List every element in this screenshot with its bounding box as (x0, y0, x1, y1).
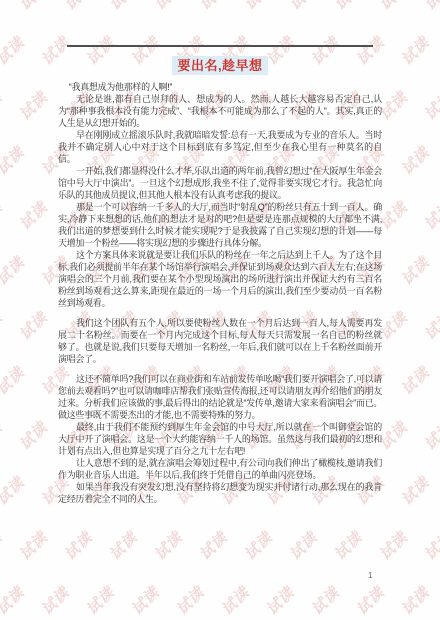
paragraph: 那是一个可以容纳一千多人的大厅,而当时“射乱Q”的粉丝只有五十到一百人。确实,冷… (58, 201, 382, 249)
watermark-text: 试读 (396, 582, 433, 619)
watermark-text: 试读 (14, 417, 51, 454)
watermark-text: 试读 (14, 307, 51, 344)
watermark-text: 试读 (0, 307, 7, 344)
watermark-text: 试读 (419, 0, 440, 14)
watermark-text: 试读 (239, 527, 276, 564)
watermark-text: 试读 (396, 252, 433, 289)
watermark-text: 试读 (14, 87, 51, 124)
paragraph: 这个方案具体来说就是要让我们乐队的粉丝在一年之后达到上千人。为了这个目标,我们必… (58, 249, 382, 309)
watermark-text: 试读 (396, 32, 433, 69)
watermark-text: 试读 (239, 0, 276, 14)
watermark-text: 试读 (0, 142, 29, 179)
watermark-text: 试读 (0, 582, 29, 619)
watermark-text: 试读 (374, 0, 411, 14)
watermark-text: 试读 (0, 527, 7, 564)
watermark-text: 试读 (419, 417, 440, 454)
paragraph: 一开始,我们都显得没什么才华,乐队出道的两年前,我曾幻想过“在大阪厚生年金会馆中… (58, 165, 382, 201)
paragraph: 如果当年我没有突发幻想,没有坚持将幻想变为现实并付诸行动,那么现在的我肯定经历着… (58, 481, 382, 505)
watermark-text: 试读 (59, 0, 96, 14)
paragraph: “我真想成为他那样的人啊!” (58, 81, 382, 93)
watermark-text: 试读 (419, 87, 440, 124)
watermark-text: 试读 (261, 582, 298, 619)
watermark-text: 试读 (351, 582, 388, 619)
watermark-text: 试读 (0, 87, 7, 124)
watermark-text: 试读 (284, 0, 321, 14)
watermark-text: 试读 (0, 0, 7, 14)
watermark-text: 试读 (149, 527, 186, 564)
document-page: 试读试读试读试读试读试读试读试读试读试读试读试读试读试读试读试读试读试读试读试读… (0, 0, 440, 620)
watermark-text: 试读 (194, 527, 231, 564)
watermark-text: 试读 (36, 582, 73, 619)
watermark-text: 试读 (419, 197, 440, 234)
watermark-text: 试读 (0, 32, 29, 69)
watermark-text: 试读 (284, 527, 321, 564)
watermark-text: 试读 (396, 362, 433, 399)
watermark-text: 试读 (104, 527, 141, 564)
watermark-text: 试读 (14, 0, 51, 14)
paragraph: 最终,由于我们不能预约到厚生年金会馆的中号大厅,所以就在一个叫御堂会馆的大厅中开… (58, 421, 382, 457)
watermark-text: 试读 (0, 252, 29, 289)
watermark-text: 试读 (149, 0, 186, 14)
watermark-text: 试读 (329, 527, 366, 564)
watermark-text: 试读 (59, 527, 96, 564)
paragraph: 让人意想不到的是,就在演唱会筹划过程中,有公司向我们伸出了橄榄枝,邀请我们作为职… (58, 457, 382, 481)
watermark-text: 试读 (81, 582, 118, 619)
paragraph: 无论是谁,都有自己崇拜的人、想成为的人。然而,人越长大越容易否定自己,认为“那种… (58, 93, 382, 129)
watermark-text: 试读 (0, 417, 7, 454)
watermark-text: 试读 (396, 472, 433, 509)
watermark-text: 试读 (14, 527, 51, 564)
watermark-text: 试读 (194, 0, 231, 14)
watermark-text: 试读 (171, 582, 208, 619)
watermark-text: 试读 (419, 307, 440, 344)
watermark-text: 试读 (216, 582, 253, 619)
watermark-text: 试读 (396, 142, 433, 179)
watermark-text: 试读 (104, 0, 141, 14)
page-number: 1 (368, 571, 372, 580)
header-rule (67, 45, 373, 47)
watermark-text: 试读 (374, 527, 411, 564)
watermark-text: 试读 (0, 197, 7, 234)
document-body: “我真想成为他那样的人啊!”无论是谁,都有自己崇拜的人、想成为的人。然而,人越长… (58, 81, 382, 505)
page-title: 要出名,趁早想 (172, 56, 267, 75)
watermark-text: 试读 (419, 527, 440, 564)
watermark-text: 试读 (329, 0, 366, 14)
paragraph: 早在刚刚成立摇滚乐队时,我就暗暗发誓:总有一天,我要成为专业的音乐人。当时我并不… (58, 129, 382, 165)
watermark-text: 试读 (14, 197, 51, 234)
watermark-text: 试读 (0, 472, 29, 509)
title-row: 要出名,趁早想 (58, 56, 382, 75)
watermark-text: 试读 (0, 362, 29, 399)
paragraph: 这还不简单吗?我们可以在商业街和车站前发传单吆喝“我们要开演唱会了,可以请您前去… (58, 373, 382, 421)
watermark-text: 试读 (126, 582, 163, 619)
paragraph: 我们这个团队有五个人,所以要使粉丝人数在一个月后达到一百人,每人需要再发展二十名… (58, 317, 382, 365)
watermark-text: 试读 (306, 582, 343, 619)
